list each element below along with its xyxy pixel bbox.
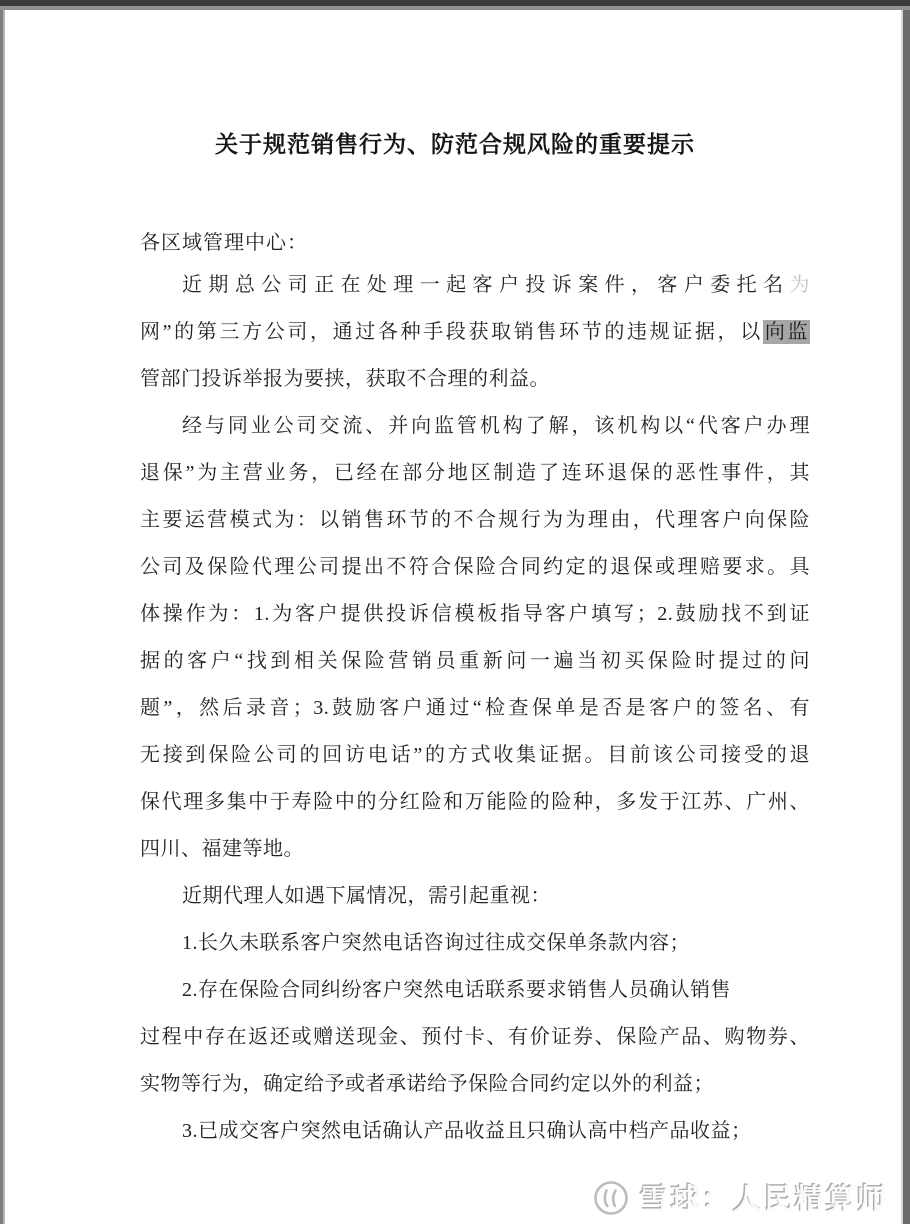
highlighted-text: 向监	[763, 320, 810, 344]
text-line: 经与同业公司交流、并向监管机构了解，该机构以“代客户办理	[140, 403, 810, 450]
watermark-text: 雪球：人民精算师	[640, 1177, 888, 1218]
text-segment: 四川、福建等地。	[140, 838, 304, 860]
redacted-text: 为	[790, 274, 811, 296]
text-segment: 公司及保险代理公司提出不符合保险合同约定的退保或理赔要求。具	[140, 556, 810, 578]
xueqiu-snowball-logo-icon	[592, 1179, 630, 1217]
text-line: 主要运营模式为：以销售环节的不合规行为为理由，代理客户向保险	[140, 497, 810, 544]
text-segment: 近期总公司正在处理一起客户投诉案件，客户委托名	[182, 274, 790, 296]
text-line: 四川、福建等地。	[140, 826, 810, 873]
text-segment: 3.已成交客户突然电话确认产品收益且只确认高中档产品收益；	[182, 1120, 752, 1142]
text-segment: 题”，然后录音；3.鼓励客户通过“检查保单是否是客户的签名、有	[140, 697, 810, 719]
text-line: 3.已成交客户突然电话确认产品收益且只确认高中档产品收益；	[140, 1108, 810, 1155]
text-segment: 2.存在保险合同纠纷客户突然电话联系要求销售人员确认销售	[182, 979, 731, 1001]
document-title: 关于规范销售行为、防范合规风险的重要提示	[0, 126, 910, 159]
text-segment: 体操作为：1.为客户提供投诉信模板指导客户填写；2.鼓励找不到证	[140, 603, 810, 625]
text-line: 实物等行为，确定给予或者承诺给予保险合同约定以外的利益；	[140, 1061, 810, 1108]
watermark: 雪球：人民精算师	[592, 1177, 888, 1218]
text-line: 1.长久未联系客户突然电话咨询过往成交保单条款内容；	[140, 920, 810, 967]
text-line: 保代理多集中于寿险中的分红险和万能险的险种，多发于江苏、广州、	[140, 779, 810, 826]
text-line: 过程中存在返还或赠送现金、预付卡、有价证券、保险产品、购物券、	[140, 1014, 810, 1061]
text-segment: 据的客户“找到相关保险营销员重新问一遍当初买保险时提过的问	[140, 650, 810, 672]
text-line: 据的客户“找到相关保险营销员重新问一遍当初买保险时提过的问	[140, 638, 810, 685]
text-line: 2.存在保险合同纠纷客户突然电话联系要求销售人员确认销售	[140, 967, 810, 1014]
scan-edge-left	[0, 10, 5, 1224]
text-segment: 近期代理人如遇下属情况，需引起重视：	[182, 885, 551, 907]
scan-edge-top-light	[0, 6, 910, 10]
text-segment: 1.长久未联系客户突然电话咨询过往成交保单条款内容；	[182, 932, 690, 954]
text-line: 题”，然后录音；3.鼓励客户通过“检查保单是否是客户的签名、有	[140, 685, 810, 732]
text-segment: 保代理多集中于寿险中的分红险和万能险的险种，多发于江苏、广州、	[140, 791, 810, 813]
text-segment: 经与同业公司交流、并向监管机构了解，该机构以“代客户办理	[182, 415, 810, 437]
text-line: 公司及保险代理公司提出不符合保险合同约定的退保或理赔要求。具	[140, 544, 810, 591]
text-segment: 实物等行为，确定给予或者承诺给予保险合同约定以外的利益；	[140, 1073, 714, 1095]
text-segment: 无接到保险公司的回访电话”的方式收集证据。目前该公司接受的退	[140, 744, 810, 766]
document-lines: 近期总公司正在处理一起客户投诉案件，客户委托名为网”的第三方公司，通过各种手段获…	[140, 262, 810, 1155]
text-line: 退保”为主营业务，已经在部分地区制造了连环退保的恶性事件，其	[140, 450, 810, 497]
scan-edge-right	[901, 10, 910, 1224]
text-segment: 网”的第三方公司，通过各种手段获取销售环节的违规证据，以	[140, 321, 763, 343]
text-segment: 主要运营模式为：以销售环节的不合规行为为理由，代理客户向保险	[140, 509, 810, 531]
text-segment: 过程中存在返还或赠送现金、预付卡、有价证券、保险产品、购物券、	[140, 1026, 810, 1048]
document-salutation: 各区域管理中心：	[140, 226, 810, 255]
text-line: 网”的第三方公司，通过各种手段获取销售环节的违规证据，以向监	[140, 309, 810, 356]
scanned-document-page: { "document": { "title": "关于规范销售行为、防范合规风…	[0, 0, 910, 1224]
text-line: 近期代理人如遇下属情况，需引起重视：	[140, 873, 810, 920]
text-segment: 退保”为主营业务，已经在部分地区制造了连环退保的恶性事件，其	[140, 462, 810, 484]
text-segment: 管部门投诉举报为要挟，获取不合理的利益。	[140, 368, 550, 390]
text-line: 无接到保险公司的回访电话”的方式收集证据。目前该公司接受的退	[140, 732, 810, 779]
text-line: 体操作为：1.为客户提供投诉信模板指导客户填写；2.鼓励找不到证	[140, 591, 810, 638]
text-line: 近期总公司正在处理一起客户投诉案件，客户委托名为	[140, 262, 810, 309]
text-line: 管部门投诉举报为要挟，获取不合理的利益。	[140, 356, 810, 403]
